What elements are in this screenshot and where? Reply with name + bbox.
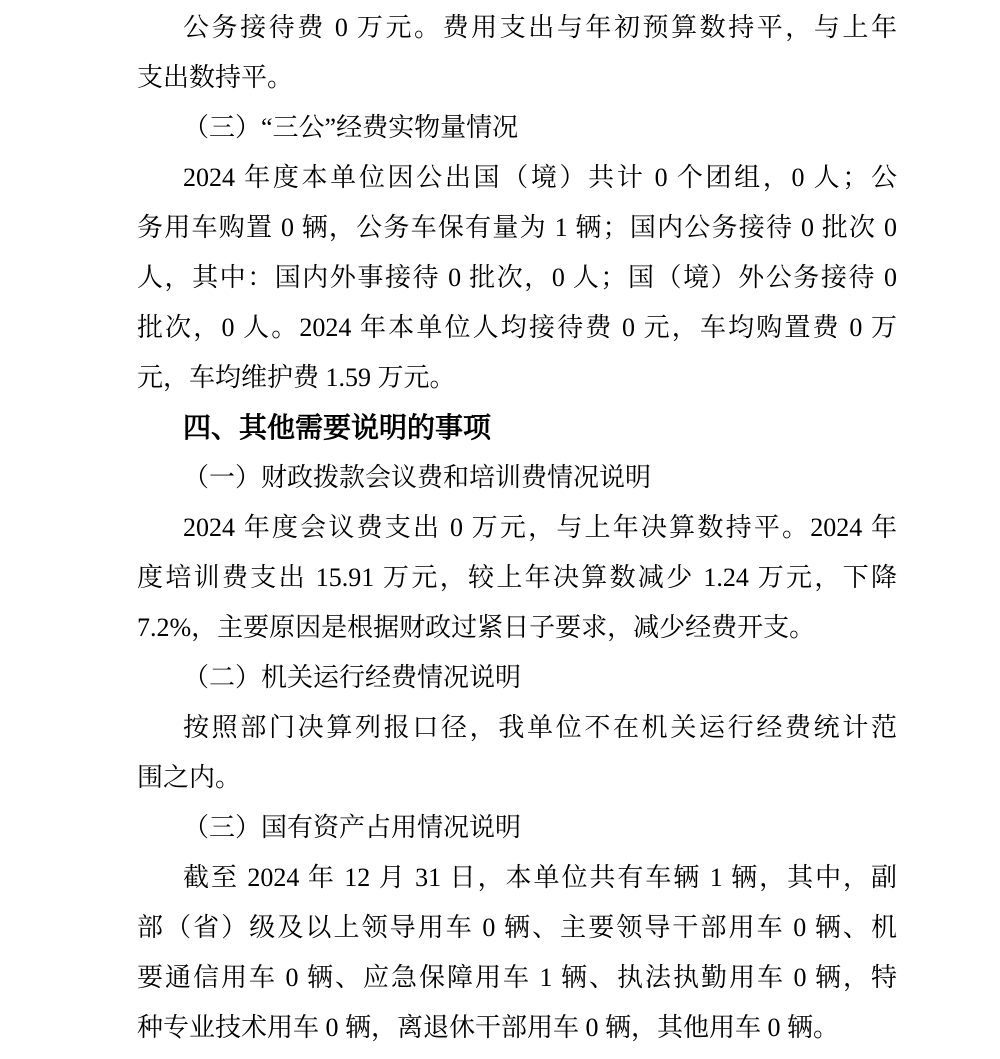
text-line: 7.2%，主要原因是根据财政过紧日子要求，减少经费开支。 — [137, 603, 897, 653]
text-line: 支出数持平。 — [137, 53, 897, 103]
text-line: 种专业技术用车 0 辆，离退休干部用车 0 辆，其他用车 0 辆。 — [137, 1003, 897, 1053]
paragraph-state-assets-details: 截至 2024 年 12 月 31 日，本单位共有车辆 1 辆，其中，副 部（省… — [137, 853, 897, 1053]
subsection-heading-line: （三）“三公”经费实物量情况 — [137, 103, 897, 153]
subsection-heading-line: （二）机关运行经费情况说明 — [137, 653, 897, 703]
subsection-heading-line: （三）国有资产占用情况说明 — [137, 803, 897, 853]
text-line: 元，车均维护费 1.59 万元。 — [137, 353, 897, 403]
section-heading-line: 四、其他需要说明的事项 — [137, 403, 897, 453]
paragraph-meeting-training-details: 2024 年度会议费支出 0 万元，与上年决算数持平。2024 年 度培训费支出… — [137, 503, 897, 653]
text-line: 要通信用车 0 辆、应急保障用车 1 辆、执法执勤用车 0 辆，特 — [137, 953, 897, 1003]
text-line: 部（省）级及以上领导用车 0 辆、主要领导干部用车 0 辆、机 — [137, 903, 897, 953]
paragraph-reception-expense: 公务接待费 0 万元。费用支出与年初预算数持平，与上年 支出数持平。 — [137, 3, 897, 103]
subsection-heading-line: （一）财政拨款会议费和培训费情况说明 — [137, 453, 897, 503]
paragraph-three-public-physical-details: 2024 年度本单位因公出国（境）共计 0 个团组，0 人；公 务用车购置 0 … — [137, 153, 897, 403]
section-heading-other-matters: 四、其他需要说明的事项 — [137, 403, 897, 453]
subheading-operating-expenses: （二）机关运行经费情况说明 — [137, 653, 897, 703]
text-line: 度培训费支出 15.91 万元，较上年决算数减少 1.24 万元，下降 — [137, 553, 897, 603]
text-line: 批次，0 人。2024 年本单位人均接待费 0 元，车均购置费 0 万 — [137, 303, 897, 353]
subheading-meeting-training-fees: （一）财政拨款会议费和培训费情况说明 — [137, 453, 897, 503]
text-line: 公务接待费 0 万元。费用支出与年初预算数持平，与上年 — [137, 3, 897, 53]
text-line: 按照部门决算列报口径，我单位不在机关运行经费统计范 — [137, 703, 897, 753]
document-body: 公务接待费 0 万元。费用支出与年初预算数持平，与上年 支出数持平。 （三）“三… — [137, 3, 897, 1053]
subheading-state-assets: （三）国有资产占用情况说明 — [137, 803, 897, 853]
document-page: 公务接待费 0 万元。费用支出与年初预算数持平，与上年 支出数持平。 （三）“三… — [0, 0, 1000, 1059]
text-line: 2024 年度本单位因公出国（境）共计 0 个团组，0 人；公 — [137, 153, 897, 203]
text-line: 人，其中：国内外事接待 0 批次，0 人；国（境）外公务接待 0 — [137, 253, 897, 303]
text-line: 截至 2024 年 12 月 31 日，本单位共有车辆 1 辆，其中，副 — [137, 853, 897, 903]
paragraph-operating-expenses-details: 按照部门决算列报口径，我单位不在机关运行经费统计范 围之内。 — [137, 703, 897, 803]
text-line: 2024 年度会议费支出 0 万元，与上年决算数持平。2024 年 — [137, 503, 897, 553]
subheading-three-public-physical: （三）“三公”经费实物量情况 — [137, 103, 897, 153]
text-line: 围之内。 — [137, 753, 897, 803]
text-line: 务用车购置 0 辆，公务车保有量为 1 辆；国内公务接待 0 批次 0 — [137, 203, 897, 253]
